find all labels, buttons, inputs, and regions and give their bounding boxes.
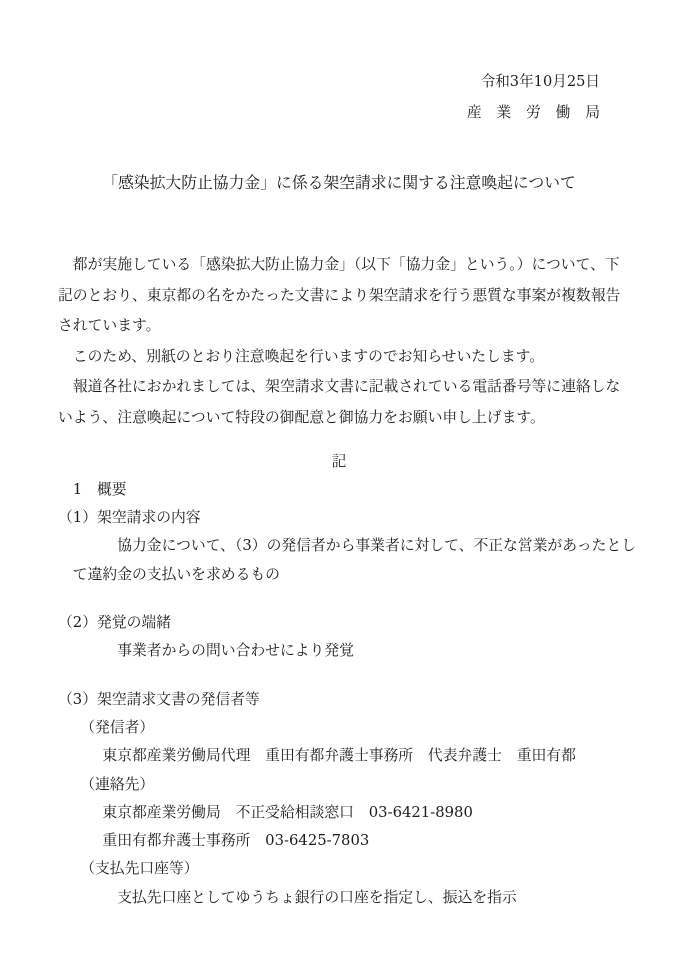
date-line: 令和3年10月25日 <box>0 66 600 97</box>
document-page: 令和3年10月25日 産 業 労 働 局 「感染拡大防止協力金」に係る架空請求に… <box>0 0 678 960</box>
doc-line: （1）架空請求の内容 <box>58 504 638 532</box>
document-header: 令和3年10月25日 産 業 労 働 局 <box>0 0 678 128</box>
outline-item-2: （2）発覚の端緒 事業者からの問い合わせにより発覚 <box>58 609 638 666</box>
document-title: 「感染拡大防止協力金」に係る架空請求に関する注意喚起について <box>0 170 678 196</box>
paragraph-1: 都が実施している「感染拡大防止協力金」（以下「協力金」という。）について、下 記… <box>58 250 624 342</box>
outline-section: 1 概要 （1）架空請求の内容 協力金について、（3）の発信者から事業者に対して… <box>58 476 638 912</box>
outline-heading: 1 概要 <box>58 476 638 504</box>
record-marker: 記 <box>0 448 678 476</box>
doc-line: 重田有都弁護士事務所 03-6425-7803 <box>58 827 638 855</box>
outline-item-3: （3）架空請求文書の発信者等 （発信者） 東京都産業労働局代理 重田有都弁護士事… <box>58 686 638 912</box>
doc-line: 支払先口座としてゆうちょ銀行の口座を指定し、振込を指示 <box>58 884 638 912</box>
doc-line: 東京都産業労働局 不正受給相談窓口 03-6421-8980 <box>58 799 638 827</box>
body-paragraphs: 都が実施している「感染拡大防止協力金」（以下「協力金」という。）について、下 記… <box>58 250 624 434</box>
doc-line: （発信者） <box>58 714 638 742</box>
doc-line: 事業者からの問い合わせにより発覚 <box>58 637 638 665</box>
doc-line: て違約金の支払いを求めるもの <box>58 561 638 589</box>
outline-items: （1）架空請求の内容 協力金について、（3）の発信者から事業者に対して、不正な営… <box>58 504 638 912</box>
doc-line: （支払先口座等） <box>58 855 638 883</box>
doc-line: （3）架空請求文書の発信者等 <box>58 686 638 714</box>
doc-line: 東京都産業労働局代理 重田有都弁護士事務所 代表弁護士 重田有都 <box>58 742 638 770</box>
outline-item-1: （1）架空請求の内容 協力金について、（3）の発信者から事業者に対して、不正な営… <box>58 504 638 589</box>
paragraph-2: このため、別紙のとおり注意喚起を行いますのでお知らせいたします。 <box>58 342 624 373</box>
doc-line: （2）発覚の端緒 <box>58 609 638 637</box>
paragraph-3: 報道各社におかれましては、架空請求文書に記載されている電話番号等に連絡しな いよ… <box>58 372 624 433</box>
department-line: 産 業 労 働 局 <box>0 97 600 128</box>
doc-line: 協力金について、（3）の発信者から事業者に対して、不正な営業があったとし <box>58 532 638 560</box>
doc-line: （連絡先） <box>58 771 638 799</box>
